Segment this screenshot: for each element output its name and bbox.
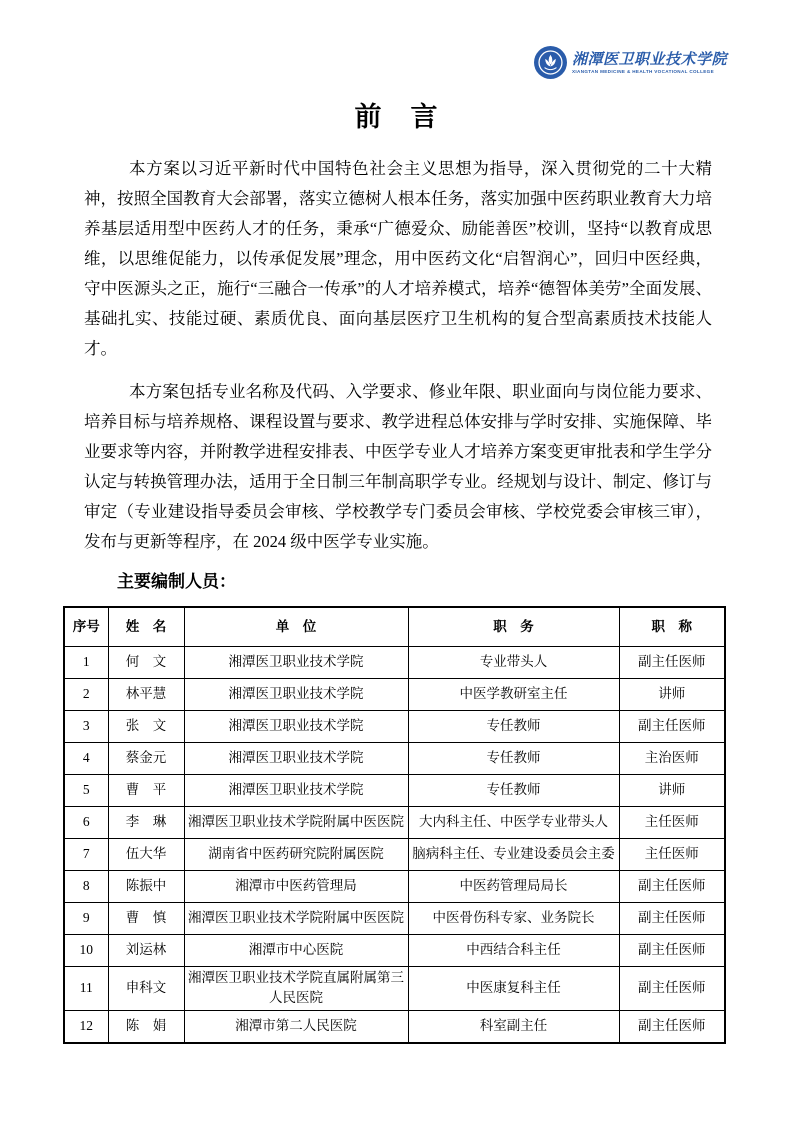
table-row: 12陈 娟湘潭市第二人民医院科室副主任副主任医师 <box>64 1010 725 1043</box>
column-header: 序号 <box>64 607 108 647</box>
school-emblem-icon <box>534 46 567 79</box>
table-cell: 脑病科主任、专业建设委员会主委 <box>408 839 619 871</box>
table-row: 2林平慧湘潭医卫职业技术学院中医学教研室主任讲师 <box>64 679 725 711</box>
table-row: 5曹 平湘潭医卫职业技术学院专任教师讲师 <box>64 775 725 807</box>
table-cell: 湘潭医卫职业技术学院 <box>184 743 408 775</box>
staff-table-body: 1何 文湘潭医卫职业技术学院专业带头人副主任医师2林平慧湘潭医卫职业技术学院中医… <box>64 647 725 1043</box>
preface-paragraph-1: 本方案以习近平新时代中国特色社会主义思想为指导，深入贯彻党的二十大精神，按照全国… <box>84 154 712 364</box>
table-cell: 9 <box>64 903 108 935</box>
table-cell: 湘潭市中医药管理局 <box>184 871 408 903</box>
table-cell: 蔡金元 <box>108 743 184 775</box>
table-cell: 10 <box>64 935 108 967</box>
table-cell: 张 文 <box>108 711 184 743</box>
table-cell: 5 <box>64 775 108 807</box>
table-cell: 林平慧 <box>108 679 184 711</box>
school-name-cn: 湘潭医卫职业技术学院 <box>572 51 727 68</box>
table-row: 10刘运林湘潭市中心医院中西结合科主任副主任医师 <box>64 935 725 967</box>
table-cell: 主任医师 <box>619 839 725 871</box>
table-cell: 曹 平 <box>108 775 184 807</box>
table-cell: 刘运林 <box>108 935 184 967</box>
table-row: 11申科文湘潭医卫职业技术学院直属附属第三人民医院中医康复科主任副主任医师 <box>64 967 725 1011</box>
table-cell: 副主任医师 <box>619 1010 725 1043</box>
table-cell: 湘潭医卫职业技术学院附属中医医院 <box>184 903 408 935</box>
table-cell: 副主任医师 <box>619 903 725 935</box>
table-cell: 12 <box>64 1010 108 1043</box>
school-logo: 湘潭医卫职业技术学院 XIANGTAN MEDICINE & HEALTH VO… <box>534 46 727 79</box>
table-row: 4蔡金元湘潭医卫职业技术学院专任教师主治医师 <box>64 743 725 775</box>
table-cell: 专任教师 <box>408 711 619 743</box>
table-cell: 何 文 <box>108 647 184 679</box>
document-page: 湘潭医卫职业技术学院 XIANGTAN MEDICINE & HEALTH VO… <box>0 0 793 1122</box>
table-cell: 中医康复科主任 <box>408 967 619 1011</box>
table-cell: 陈 娟 <box>108 1010 184 1043</box>
table-row: 1何 文湘潭医卫职业技术学院专业带头人副主任医师 <box>64 647 725 679</box>
table-row: 7伍大华湖南省中医药研究院附属医院脑病科主任、专业建设委员会主委主任医师 <box>64 839 725 871</box>
table-cell: 讲师 <box>619 679 725 711</box>
table-cell: 讲师 <box>619 775 725 807</box>
table-cell: 副主任医师 <box>619 967 725 1011</box>
table-cell: 湘潭医卫职业技术学院 <box>184 711 408 743</box>
column-header: 职 务 <box>408 607 619 647</box>
table-cell: 副主任医师 <box>619 935 725 967</box>
table-cell: 科室副主任 <box>408 1010 619 1043</box>
table-cell: 6 <box>64 807 108 839</box>
table-cell: 主任医师 <box>619 807 725 839</box>
table-cell: 陈振中 <box>108 871 184 903</box>
column-header: 职 称 <box>619 607 725 647</box>
table-cell: 3 <box>64 711 108 743</box>
table-cell: 湖南省中医药研究院附属医院 <box>184 839 408 871</box>
table-cell: 副主任医师 <box>619 871 725 903</box>
table-cell: 中医骨伤科专家、业务院长 <box>408 903 619 935</box>
staff-table: 序号姓 名单 位职 务职 称 1何 文湘潭医卫职业技术学院专业带头人副主任医师2… <box>63 606 726 1044</box>
preface-paragraph-2: 本方案包括专业名称及代码、入学要求、修业年限、职业面向与岗位能力要求、培养目标与… <box>84 377 712 557</box>
table-cell: 专任教师 <box>408 743 619 775</box>
table-cell: 曹 慎 <box>108 903 184 935</box>
table-cell: 湘潭市第二人民医院 <box>184 1010 408 1043</box>
school-name-block: 湘潭医卫职业技术学院 XIANGTAN MEDICINE & HEALTH VO… <box>572 51 727 75</box>
table-cell: 湘潭医卫职业技术学院附属中医医院 <box>184 807 408 839</box>
table-cell: 申科文 <box>108 967 184 1011</box>
column-header: 姓 名 <box>108 607 184 647</box>
table-cell: 中医学教研室主任 <box>408 679 619 711</box>
preface-body: 本方案以习近平新时代中国特色社会主义思想为指导，深入贯彻党的二十大精神，按照全国… <box>84 154 712 557</box>
table-cell: 8 <box>64 871 108 903</box>
table-row: 6李 琳湘潭医卫职业技术学院附属中医医院大内科主任、中医学专业带头人主任医师 <box>64 807 725 839</box>
table-row: 3张 文湘潭医卫职业技术学院专任教师副主任医师 <box>64 711 725 743</box>
table-row: 9曹 慎湘潭医卫职业技术学院附属中医医院中医骨伤科专家、业务院长副主任医师 <box>64 903 725 935</box>
table-cell: 专任教师 <box>408 775 619 807</box>
table-cell: 中医药管理局局长 <box>408 871 619 903</box>
table-cell: 伍大华 <box>108 839 184 871</box>
table-cell: 湘潭市中心医院 <box>184 935 408 967</box>
table-cell: 湘潭医卫职业技术学院 <box>184 775 408 807</box>
table-cell: 2 <box>64 679 108 711</box>
column-header: 单 位 <box>184 607 408 647</box>
page-title: 前 言 <box>0 99 793 135</box>
staff-table-header-row: 序号姓 名单 位职 务职 称 <box>64 607 725 647</box>
table-cell: 湘潭医卫职业技术学院直属附属第三人民医院 <box>184 967 408 1011</box>
table-cell: 主治医师 <box>619 743 725 775</box>
table-cell: 7 <box>64 839 108 871</box>
school-name-en: XIANGTAN MEDICINE & HEALTH VOCATIONAL CO… <box>572 69 727 75</box>
table-cell: 专业带头人 <box>408 647 619 679</box>
table-cell: 李 琳 <box>108 807 184 839</box>
table-cell: 副主任医师 <box>619 711 725 743</box>
table-cell: 1 <box>64 647 108 679</box>
table-row: 8陈振中湘潭市中医药管理局中医药管理局局长副主任医师 <box>64 871 725 903</box>
table-cell: 大内科主任、中医学专业带头人 <box>408 807 619 839</box>
table-cell: 副主任医师 <box>619 647 725 679</box>
table-cell: 湘潭医卫职业技术学院 <box>184 679 408 711</box>
table-cell: 中西结合科主任 <box>408 935 619 967</box>
table-cell: 11 <box>64 967 108 1011</box>
table-cell: 4 <box>64 743 108 775</box>
staff-heading: 主要编制人员： <box>117 570 793 594</box>
table-cell: 湘潭医卫职业技术学院 <box>184 647 408 679</box>
